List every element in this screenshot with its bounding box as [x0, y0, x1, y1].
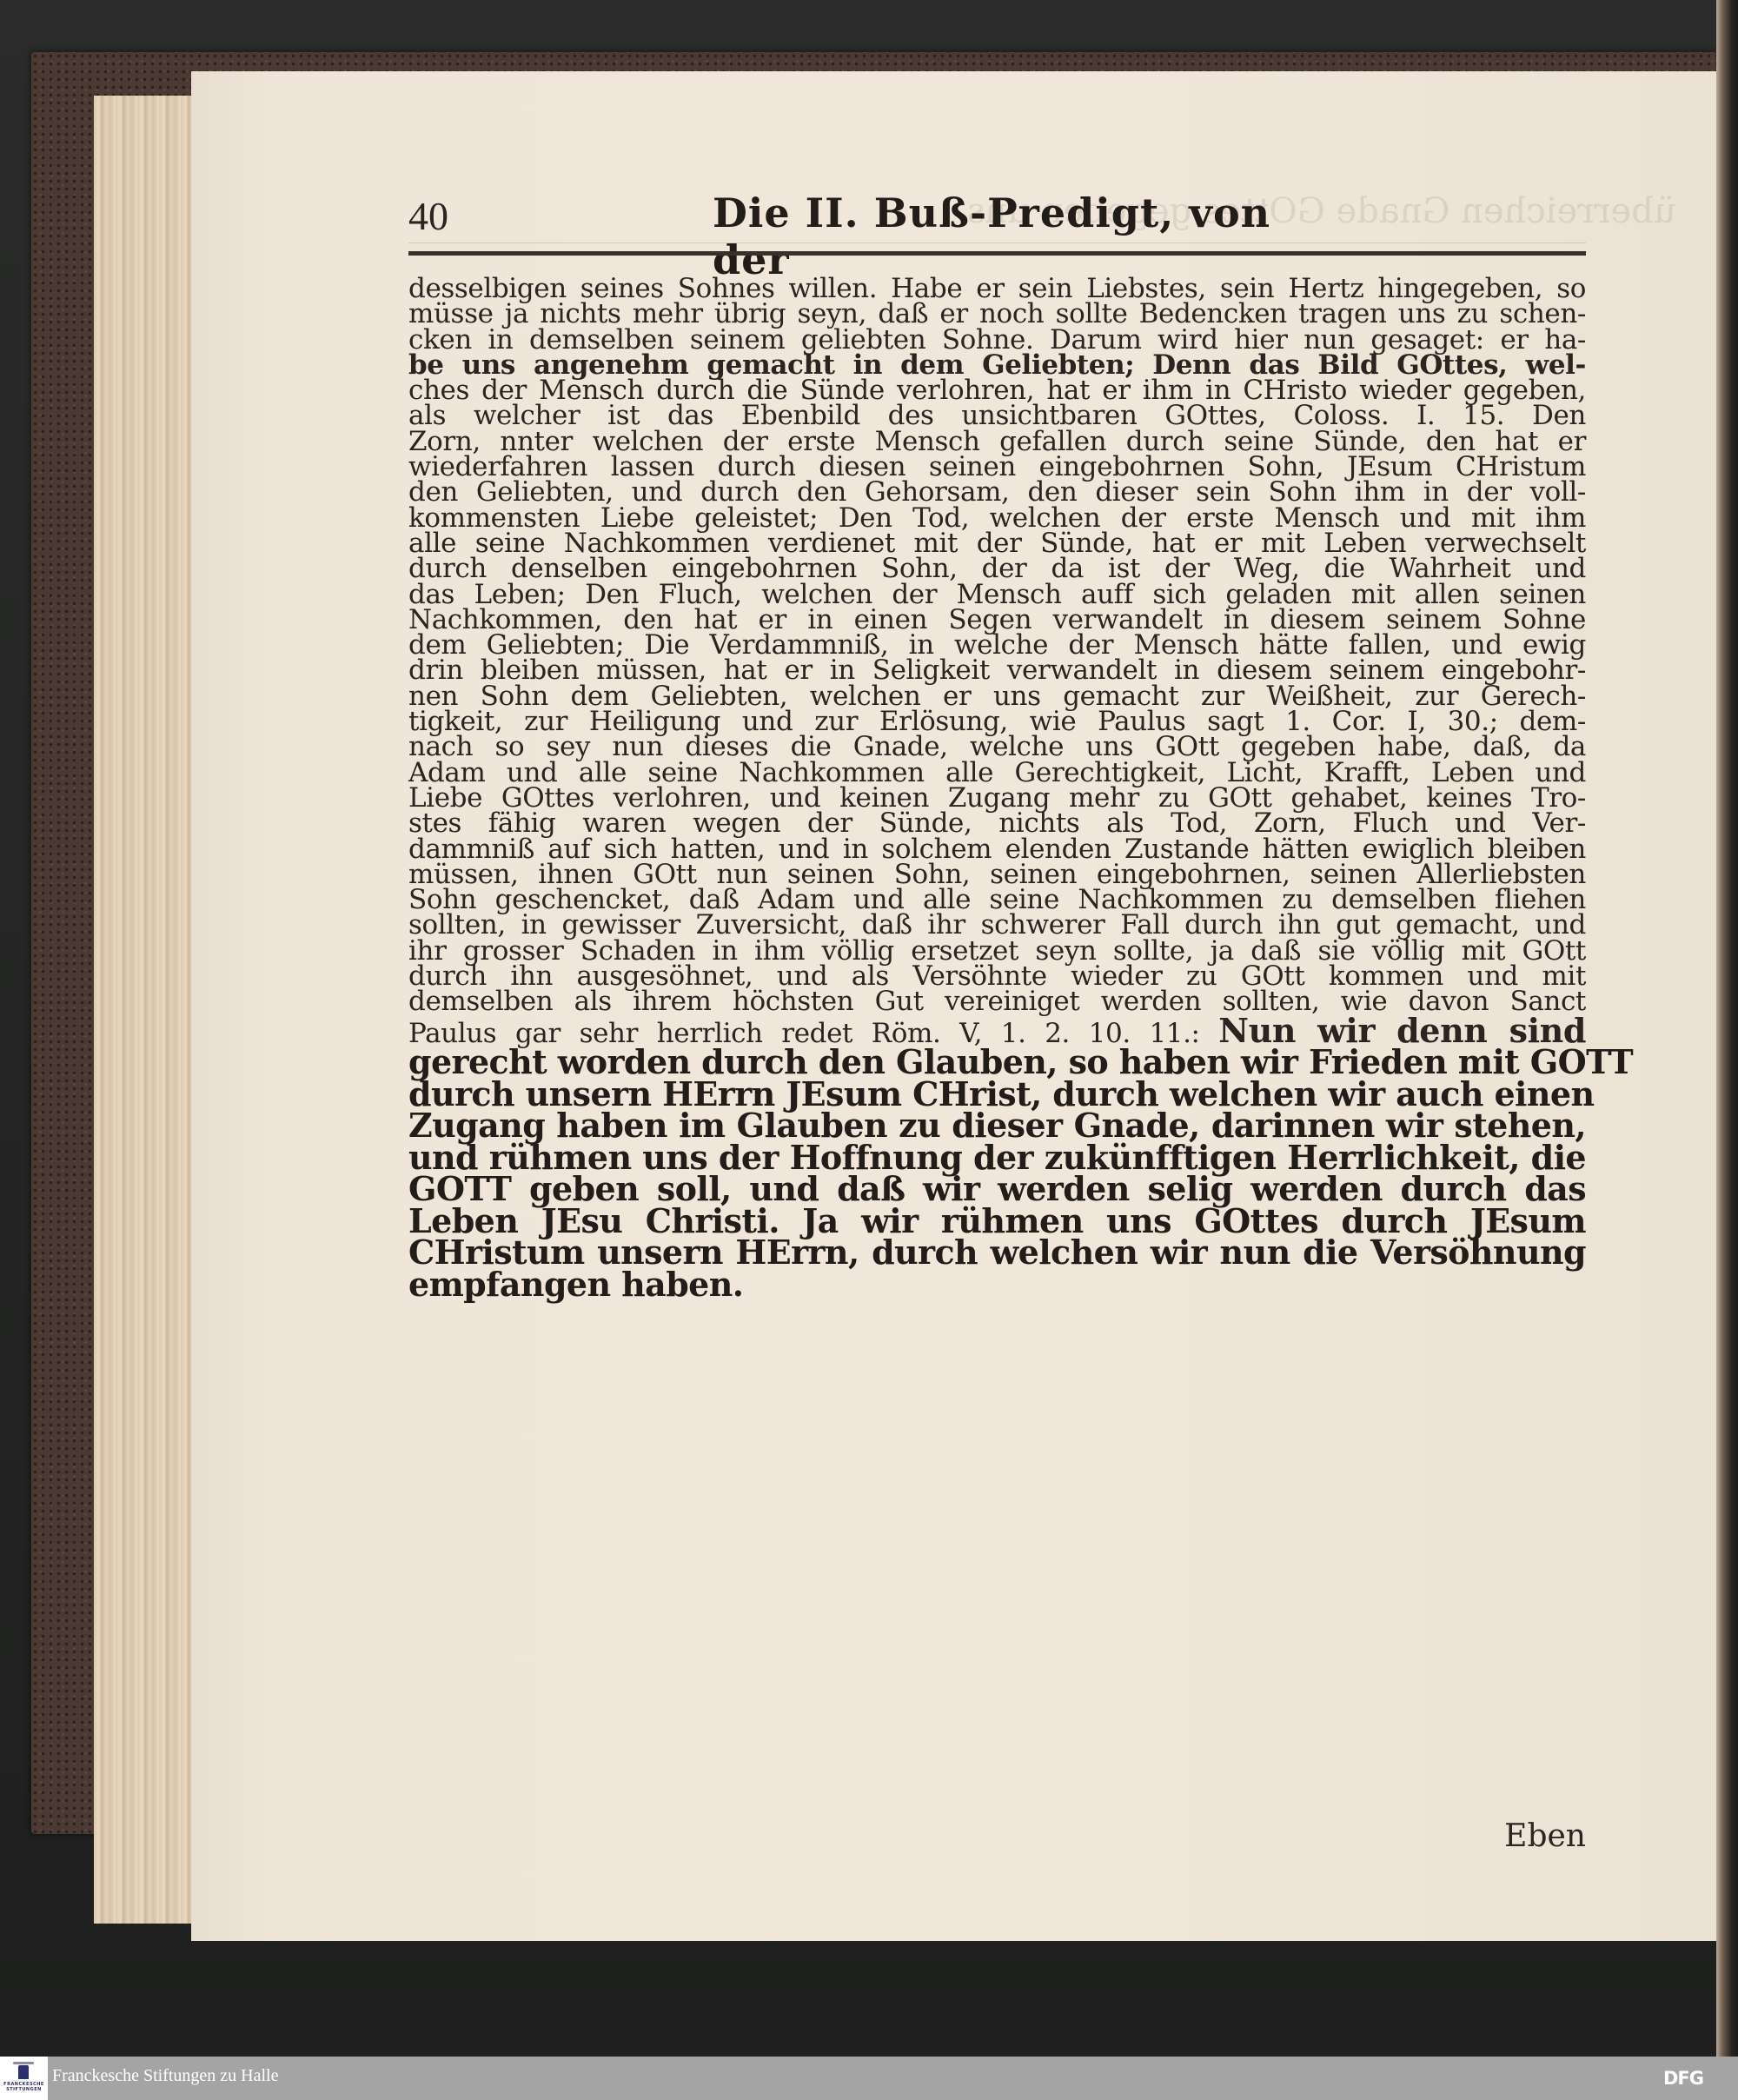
catchword: Eben [1503, 1818, 1586, 1854]
header-rule [408, 251, 1586, 256]
logo-roof-icon [13, 2062, 34, 2064]
body-text: desselbigen seines Sohnes willen. Habe e… [408, 276, 1586, 1300]
logo-text: FRANCKESCHE STIFTUNGEN [1, 2082, 47, 2092]
page-edges [94, 96, 195, 1924]
logo-figure-icon [18, 2065, 29, 2079]
running-head: Die II. Buß-Predigt, von der [713, 189, 1321, 283]
dfg-logo[interactable]: DFG [1663, 2068, 1703, 2089]
footer-bar: FRANCKESCHE STIFTUNGEN Franckesche Stift… [0, 2057, 1738, 2100]
logo-text-line: STIFTUNGEN [1, 2087, 47, 2092]
facing-page-edge [1716, 0, 1738, 2057]
quote-line: empfangen haben. [408, 1269, 1586, 1301]
institution-name[interactable]: Franckesche Stiftungen zu Halle [52, 2066, 278, 2086]
page-number: 40 [408, 193, 448, 239]
institution-logo[interactable]: FRANCKESCHE STIFTUNGEN [0, 2057, 48, 2100]
